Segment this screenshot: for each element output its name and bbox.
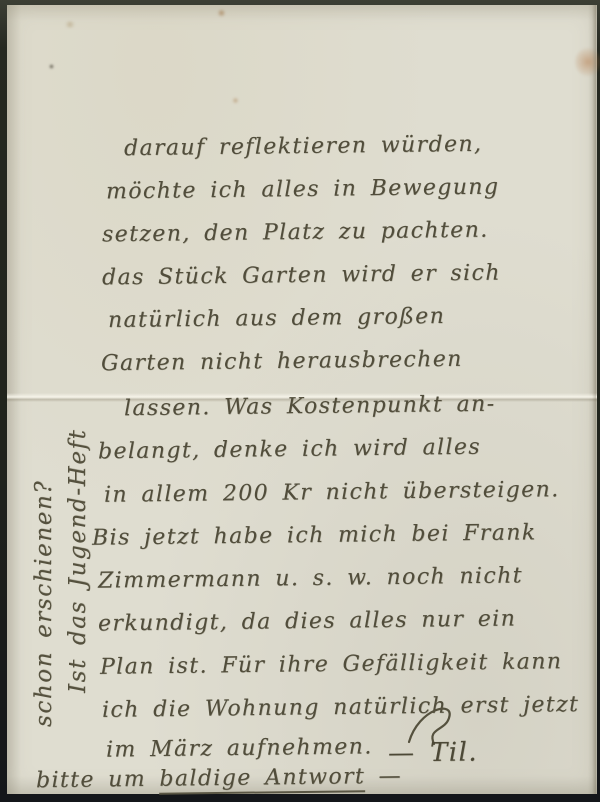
margin-note-line: schon erschienen?: [31, 480, 57, 727]
handwritten-line: lassen. Was Kostenpunkt an-: [124, 392, 496, 422]
handwritten-line: Bis jetzt habe ich mich bei Frank: [92, 520, 537, 550]
handwritten-line: setzen, den Platz zu pachten.: [102, 218, 489, 248]
letter-page: darauf reflektieren würden, möchte ich a…: [7, 5, 597, 794]
ink-speck: [232, 97, 239, 104]
scan-background: darauf reflektieren würden, möchte ich a…: [0, 0, 600, 802]
handwritten-line: Garten nicht herausbrechen: [101, 347, 463, 376]
margin-note-line: Ist das Jugend-Heft: [65, 429, 91, 694]
ink-speck: [217, 9, 226, 17]
closing-prefix: bitte um: [36, 767, 160, 794]
closing-underlined-phrase: baldige Antwort: [159, 764, 365, 795]
rust-stain: [575, 47, 600, 77]
handwritten-line: Zimmermann u. s. w. noch nicht: [98, 563, 523, 593]
handwritten-line: im März aufnehmen.: [106, 734, 373, 762]
handwritten-line: ich die Wohnung natürlich erst jetzt: [102, 692, 580, 723]
handwritten-line: natürlich aus dem großen: [108, 304, 446, 333]
signature-initials: — Til.: [388, 737, 478, 768]
handwritten-line: in allem 200 Kr nicht übersteigen.: [104, 477, 560, 508]
closing-line: bitte um baldige Antwort —: [36, 764, 402, 793]
handwritten-line: Plan ist. Für ihre Gefälligkeit kann: [100, 649, 563, 680]
handwritten-line: das Stück Garten wird er sich: [102, 261, 501, 291]
handwritten-line: erkundigt, da dies alles nur ein: [98, 606, 516, 636]
vertical-edge-crease: [592, 5, 596, 794]
handwritten-line: darauf reflektieren würden,: [124, 132, 483, 161]
ink-speck: [49, 64, 54, 69]
handwritten-line: belangt, denke ich wird alles: [98, 435, 481, 465]
handwritten-line: möchte ich alles in Bewegung: [106, 175, 500, 205]
ink-speck: [64, 21, 76, 28]
